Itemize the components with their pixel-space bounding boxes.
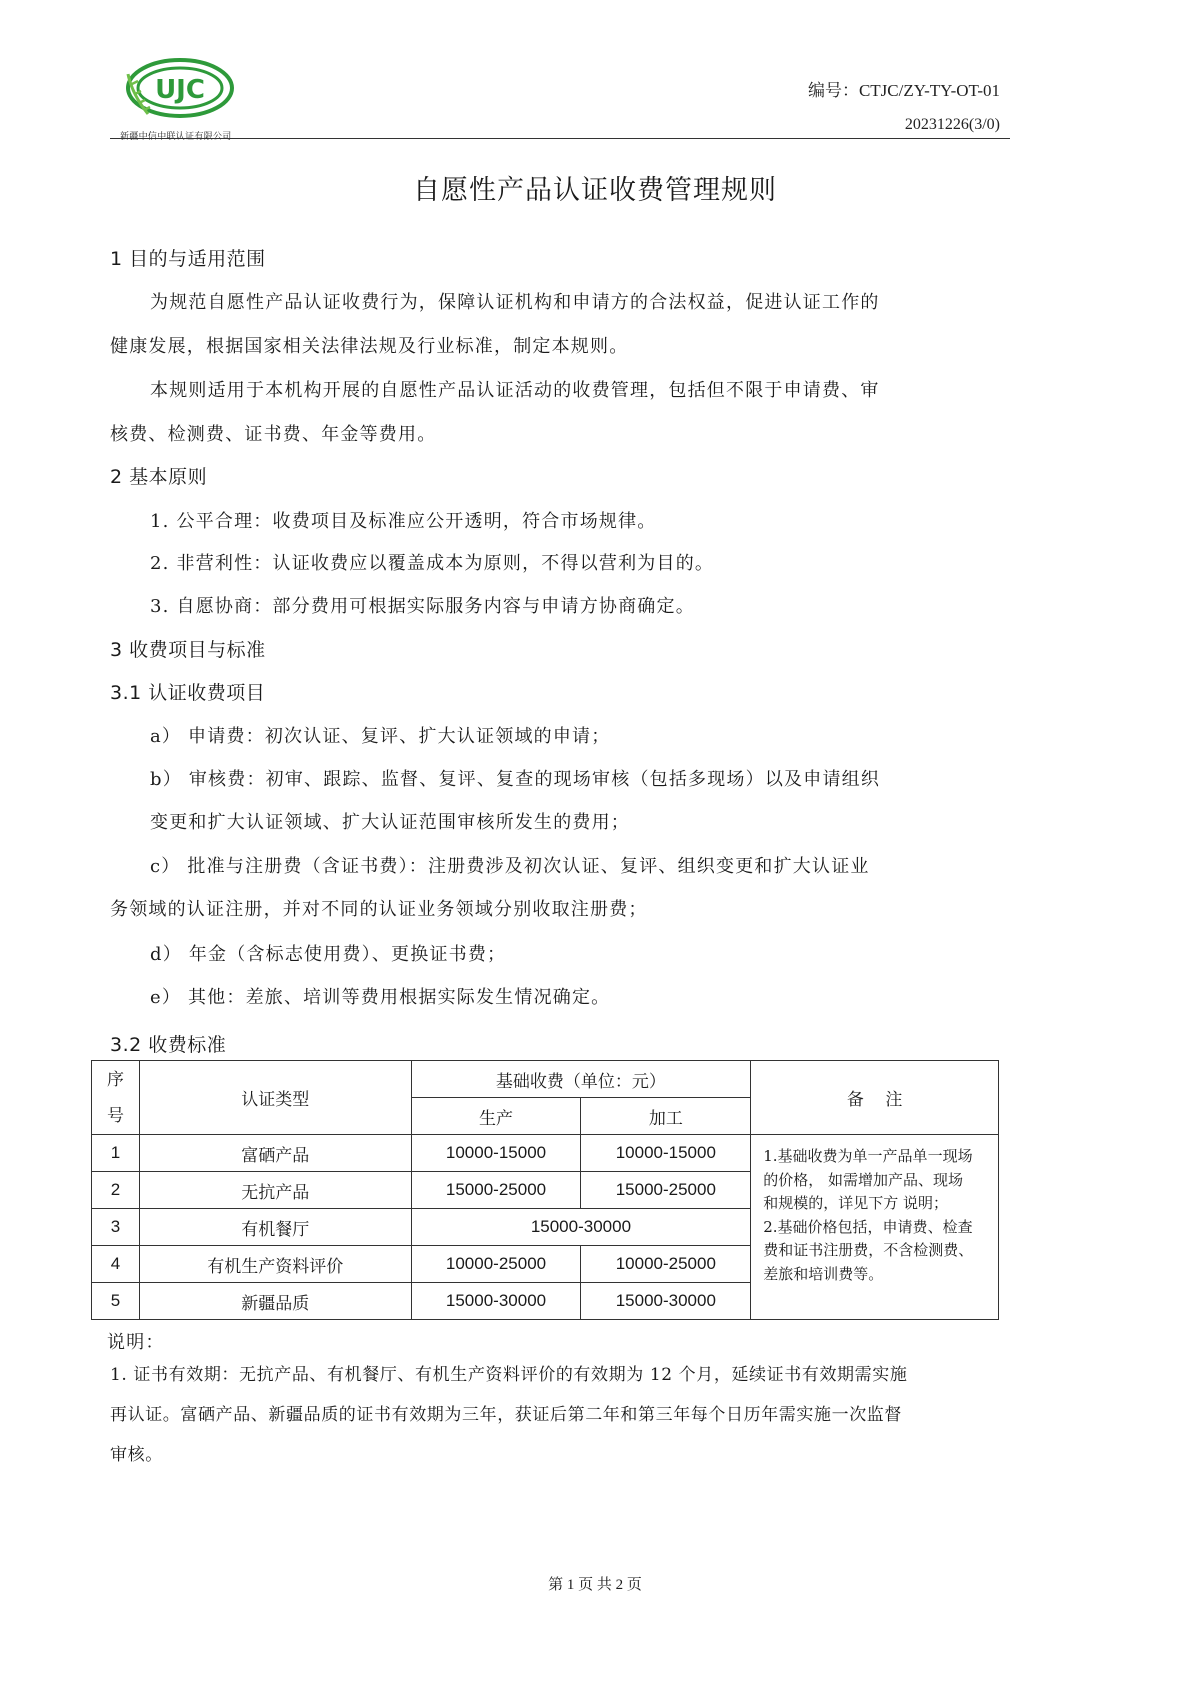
principle-item: 1. 公平合理：收费项目及标准应公开透明，符合市场规律。	[150, 507, 657, 533]
page-header: UJC 新疆中信中联认证有限公司 编号：CTJC/ZY-TY-OT-01 202…	[110, 50, 1010, 140]
fee-item-a: a） 申请费：初次认证、复评、扩大认证领域的申请；	[150, 722, 610, 748]
header-seq: 序 号	[92, 1061, 140, 1135]
svg-text:UJC: UJC	[155, 75, 205, 105]
header-divider	[110, 138, 1010, 139]
notes-label: 说明：	[107, 1328, 165, 1354]
fee-item-e: e） 其他：差旅、培训等费用根据实际发生情况确定。	[150, 983, 610, 1009]
fee-item-c-line-1: c） 批准与注册费（含证书费）：注册费涉及初次认证、复评、组织变更和扩大认证业	[150, 852, 870, 878]
page-number: 第 1 页 共 2 页	[0, 1573, 1190, 1594]
fee-item-d: d） 年金（含标志使用费）、更换证书费；	[150, 940, 506, 966]
header-cert-type: 认证类型	[139, 1061, 411, 1135]
principle-item: 3. 自愿协商：部分费用可根据实际服务内容与申请方协商确定。	[150, 592, 695, 618]
header-production: 生产	[411, 1098, 581, 1135]
section-3-heading: 3 收费项目与标准	[110, 635, 266, 662]
note-1-line-1: 1. 证书有效期：无抗产品、有机餐厅、有机生产资料评价的有效期为 12 个月，延…	[110, 1360, 907, 1385]
fee-standard-table: 序 号 认证类型 基础收费（单位：元） 备 注 生产 加工 1 富硒产品 100…	[91, 1060, 999, 1320]
fee-item-b-line-2: 变更和扩大认证领域、扩大认证范围审核所发生的费用；	[150, 808, 630, 834]
fee-item-c-line-2: 务领域的认证注册，并对不同的认证业务领域分别收取注册费；	[110, 895, 648, 921]
section-2-heading: 2 基本原则	[110, 462, 207, 489]
paragraph-scope-line-1: 本规则适用于本机构开展的自愿性产品认证活动的收费管理，包括但不限于申请费、审	[150, 376, 880, 402]
document-version-date: 20231226(3/0)	[905, 116, 1000, 134]
document-code: 编号：CTJC/ZY-TY-OT-01	[808, 76, 1000, 101]
remark-cell: 1.基础收费为单一产品单一现场 的价格， 如需增加产品、现场 和规模的，详见下方…	[751, 1135, 999, 1320]
paragraph-purpose-line-1: 为规范自愿性产品认证收费行为，保障认证机构和申请方的合法权益，促进认证工作的	[150, 288, 880, 314]
section-1-heading: 1 目的与适用范围	[110, 244, 266, 271]
ctjc-logo-icon: UJC	[118, 54, 236, 126]
header-remark: 备 注	[751, 1061, 999, 1135]
header-base-fee: 基础收费（单位：元）	[411, 1061, 751, 1098]
section-3-1-heading: 3.1 认证收费项目	[110, 678, 265, 705]
paragraph-scope-line-2: 核费、检测费、证书费、年金等费用。	[110, 420, 436, 446]
note-1-line-2: 再认证。富硒产品、新疆品质的证书有效期为三年，获证后第二年和第三年每个日历年需实…	[110, 1400, 902, 1425]
table-row: 1 富硒产品 10000-15000 10000-15000 1.基础收费为单一…	[92, 1135, 999, 1172]
document-title: 自愿性产品认证收费管理规则	[0, 168, 1190, 207]
company-name: 新疆中信中联认证有限公司	[120, 129, 232, 142]
table-header-row: 序 号 认证类型 基础收费（单位：元） 备 注	[92, 1061, 999, 1098]
paragraph-purpose-line-2: 健康发展，根据国家相关法律法规及行业标准，制定本规则。	[110, 332, 628, 358]
fee-item-b-line-1: b） 审核费：初审、跟踪、监督、复评、复查的现场审核（包括多现场）以及申请组织	[150, 765, 880, 791]
principle-item: 2. 非营利性：认证收费应以覆盖成本为原则，不得以营利为目的。	[150, 549, 714, 575]
header-processing: 加工	[581, 1098, 751, 1135]
section-3-2-heading: 3.2 收费标准	[110, 1030, 226, 1057]
note-1-line-3: 审核。	[110, 1440, 163, 1465]
